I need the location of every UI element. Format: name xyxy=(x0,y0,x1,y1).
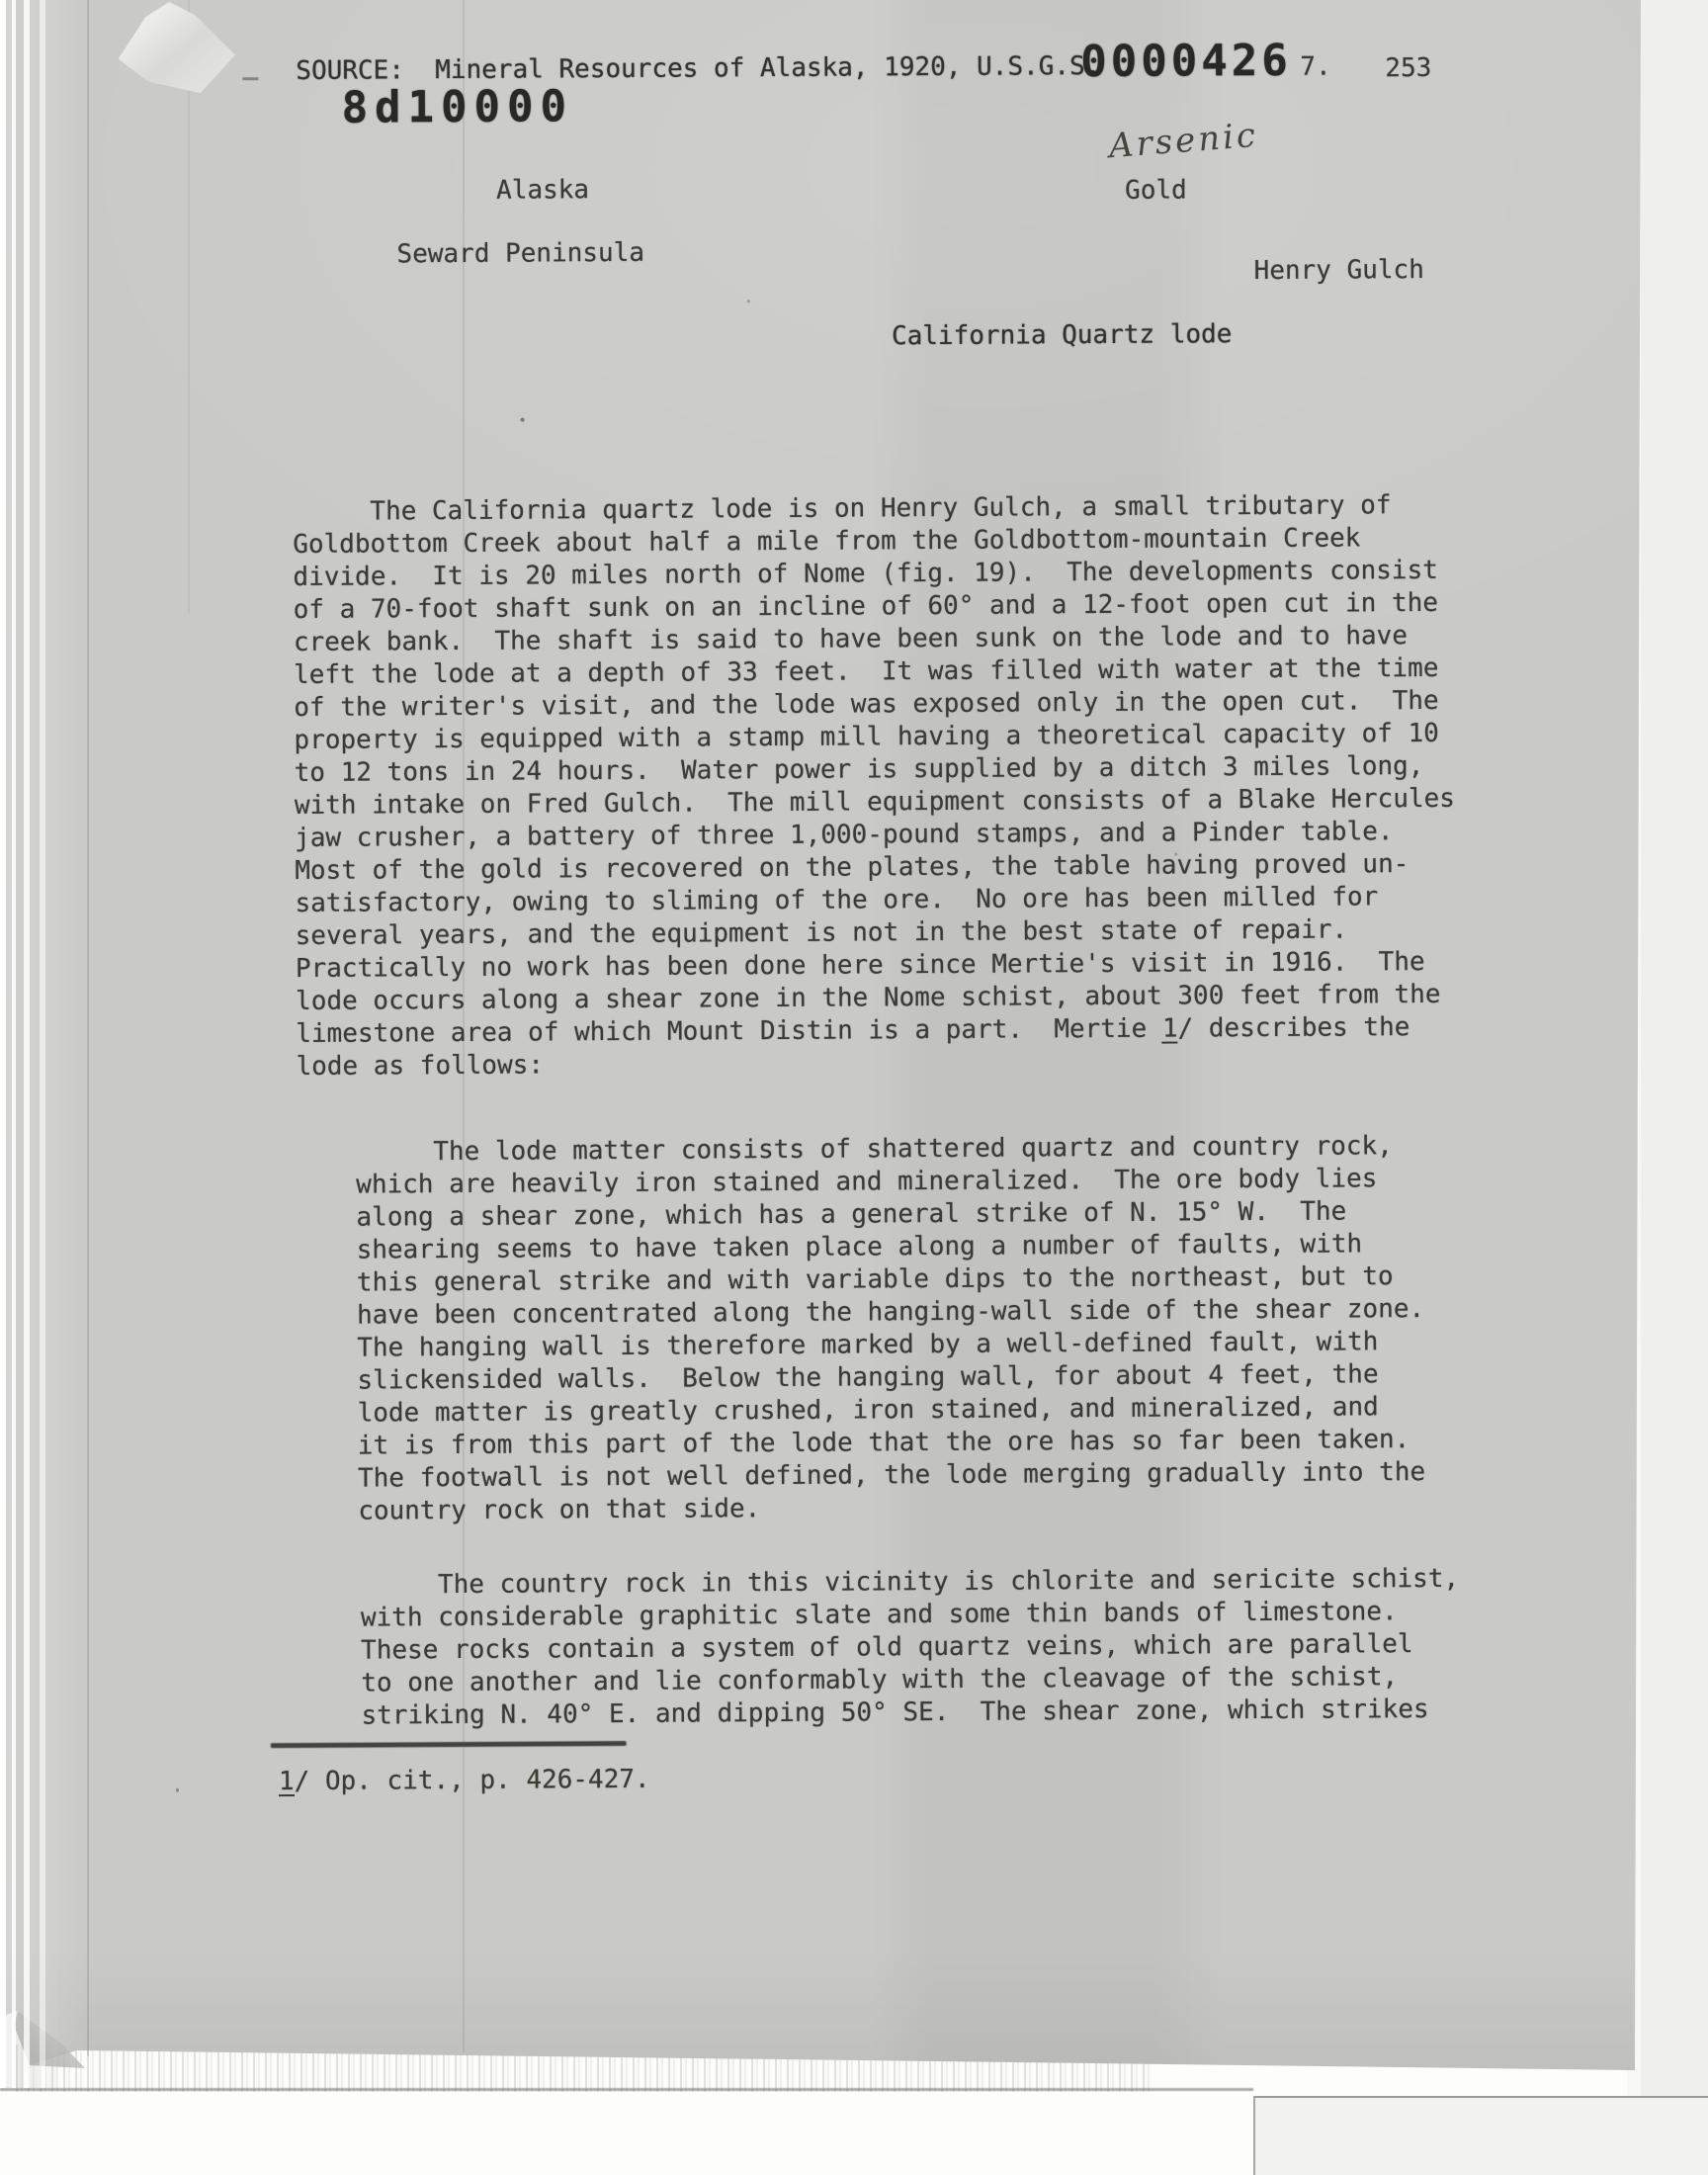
typed-line: The footwall is not well defined, the lo… xyxy=(358,1456,1425,1496)
footnote-marker-underline xyxy=(279,1794,295,1796)
document-title: California Quartz lode xyxy=(892,318,1233,353)
document-content: SOURCE: Mineral Resources of Alaska, 192… xyxy=(0,0,1708,2175)
region-label: Alaska xyxy=(496,174,589,208)
reference-marker-underline xyxy=(1161,1042,1177,1044)
typed-line: striking N. 40° E. and dipping 50° SE. T… xyxy=(361,1694,1460,1733)
commodity-label: Gold xyxy=(1125,174,1187,207)
pencil-dash-mark xyxy=(242,77,258,80)
typed-overlap-fragment: 7. xyxy=(1300,51,1331,84)
serial-number-stamp: 0000426 xyxy=(1080,36,1292,87)
paragraph-3: The country rock in this vicinity is chl… xyxy=(361,1563,1460,1733)
district-label: Seward Peninsula xyxy=(396,237,644,272)
page-reference: 253 xyxy=(1385,52,1431,85)
stray-dot xyxy=(176,1788,179,1792)
locality-label: Henry Gulch xyxy=(1254,254,1424,288)
footnote: 1/ Op. cit., p. 426-427. xyxy=(279,1764,650,1798)
typed-line: country rock on that side. xyxy=(358,1489,1425,1528)
block-quote: The lode matter consists of shattered qu… xyxy=(356,1130,1425,1528)
catalog-number-stamp: 8d10000 xyxy=(341,81,573,132)
stray-dot xyxy=(521,418,525,422)
footnote-separator-rule xyxy=(271,1741,627,1748)
paragraph-1: The California quartz lode is on Henry G… xyxy=(293,489,1457,1084)
stray-dot xyxy=(1174,853,1177,856)
stray-dot xyxy=(747,300,750,303)
handwritten-annotation: Arsenic xyxy=(1108,116,1260,166)
typed-line: lode as follows: xyxy=(296,1044,1456,1084)
